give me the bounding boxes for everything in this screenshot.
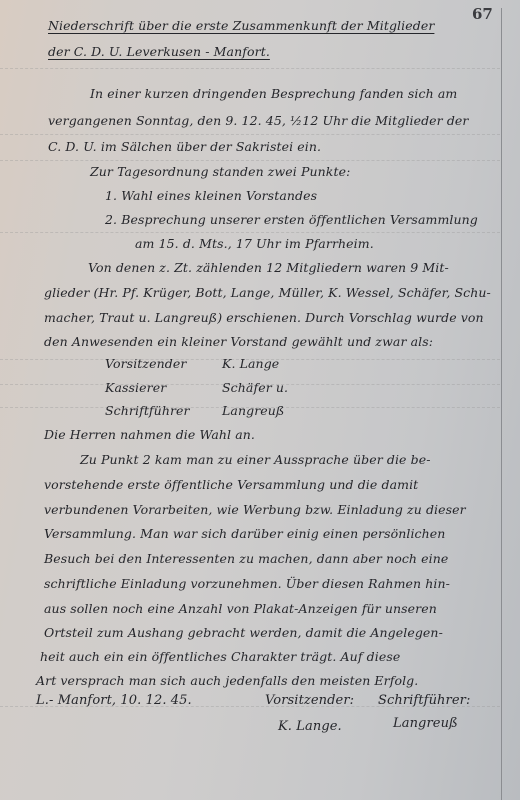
body-line: Zu Punkt 2 kam man zu einer Aussprache ü… <box>80 452 431 467</box>
handwritten-page: 67 Niederschrift über die erste Zusammen… <box>0 0 520 800</box>
agenda-item-1: 1. Wahl eines kleinen Vorstandes <box>105 188 317 203</box>
chair-label: Vorsitzender: <box>265 693 354 708</box>
body-line: verbundenen Vorarbeiten, wie Werbung bzw… <box>44 502 466 517</box>
agenda-item-2: 2. Besprechung unserer ersten öffentlich… <box>105 212 478 227</box>
body-line: Die Herren nahmen die Wahl an. <box>44 427 255 442</box>
body-line: C. D. U. im Sälchen über der Sakristei e… <box>48 139 321 154</box>
page-number: 67 <box>472 5 493 23</box>
body-line: Von denen z. Zt. zählenden 12 Mitglieder… <box>88 260 449 275</box>
title-line-2: der C. D. U. Leverkusen - Manfort. <box>48 44 270 59</box>
chair-signature: K. Lange. <box>278 719 342 734</box>
board-role: Kassierer <box>105 380 166 395</box>
secretary-label: Schriftführer: <box>378 693 470 708</box>
title-line-1: Niederschrift über die erste Zusammenkun… <box>48 18 434 33</box>
body-line: Ortsteil zum Aushang gebracht werden, da… <box>44 625 443 640</box>
ruled-line <box>0 68 500 69</box>
body-line: schriftliche Einladung vorzunehmen. Über… <box>44 576 450 591</box>
margin-rule <box>501 8 502 800</box>
body-line: In einer kurzen dringenden Besprechung f… <box>90 86 457 101</box>
agenda-item-2-cont: am 15. d. Mts., 17 Uhr im Pfarrheim. <box>135 236 374 251</box>
ruled-line <box>0 160 500 161</box>
body-line: vorstehende erste öffentliche Versammlun… <box>44 477 418 492</box>
board-role: Vorsitzender <box>105 356 186 371</box>
ruled-line <box>0 232 500 233</box>
body-line: macher, Traut u. Langreuß) erschienen. D… <box>44 310 484 325</box>
board-name: K. Lange <box>222 356 279 371</box>
board-name: Schäfer u. <box>222 380 288 395</box>
board-role: Schriftführer <box>105 403 190 418</box>
board-name: Langreuß <box>222 403 284 418</box>
body-line: glieder (Hr. Pf. Krüger, Bott, Lange, Mü… <box>44 285 491 300</box>
body-line: aus sollen noch eine Anzahl von Plakat-A… <box>44 601 437 616</box>
body-line: den Anwesenden ein kleiner Vorstand gewä… <box>44 334 433 349</box>
body-line: Zur Tagesordnung standen zwei Punkte: <box>90 164 350 179</box>
ruled-line <box>0 134 500 135</box>
body-line: Besuch bei den Interessenten zu machen, … <box>44 551 448 566</box>
secretary-signature: Langreuß <box>393 716 458 731</box>
body-line: Art versprach man sich auch jedenfalls d… <box>36 673 418 688</box>
body-line: vergangenen Sonntag, den 9. 12. 45, ½12 … <box>48 113 469 128</box>
body-line: Versammlung. Man war sich darüber einig … <box>44 526 445 541</box>
body-line: heit auch ein ein öffentliches Charakter… <box>40 649 400 664</box>
place-date: L.- Manfort, 10. 12. 45. <box>36 693 192 708</box>
